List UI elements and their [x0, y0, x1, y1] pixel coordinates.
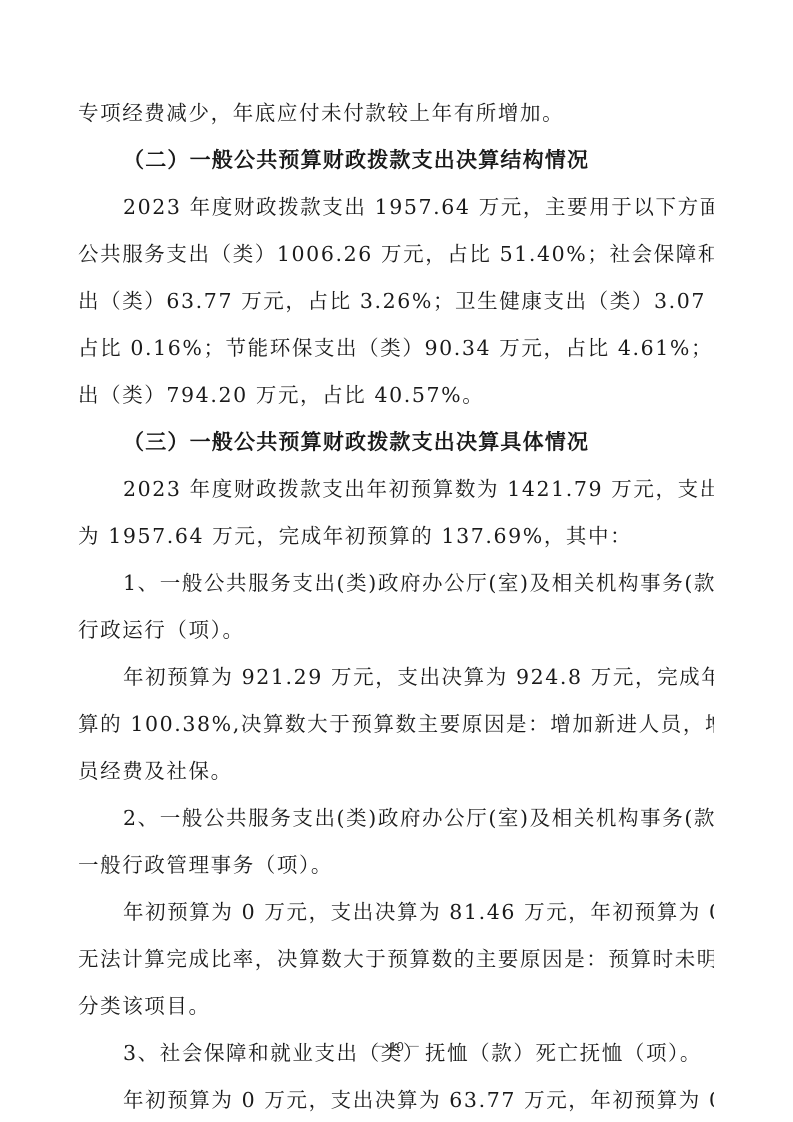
section-heading-2: （二）一般公共预算财政拨款支出决算结构情况 [78, 140, 714, 187]
item-2-detail-line: 年初预算为 0 万元，支出决算为 81.46 万元，年初预算为 0 万元， [78, 892, 714, 939]
item-3-detail-line: 年初预算为 0 万元，支出决算为 63.77 万元，年初预算为 0 万元， [78, 1080, 714, 1122]
page-number: － 10 － [0, 1036, 793, 1055]
item-1-detail-line: 算的 100.38%,决算数大于预算数主要原因是：增加新进人员，增加人 [78, 704, 714, 751]
item-1-title-line: 行政运行（项）。 [78, 610, 714, 657]
item-2-detail-line: 无法计算完成比率，决算数大于预算数的主要原因是：预算时未明细 [78, 939, 714, 986]
section-heading-3: （三）一般公共预算财政拨款支出决算具体情况 [78, 422, 714, 469]
item-2-title-line: 一般行政管理事务（项）。 [78, 845, 714, 892]
paragraph-line: 2023 年度财政拨款支出 1957.64 万元，主要用于以下方面：一般 [78, 187, 714, 234]
item-1-detail-line: 员经费及社保。 [78, 751, 714, 798]
paragraph-line-continuation: 专项经费减少，年底应付未付款较上年有所增加。 [78, 93, 714, 140]
paragraph-line: 公共服务支出（类）1006.26 万元，占比 51.40%；社会保障和就业支 [78, 234, 714, 281]
paragraph-line: 为 1957.64 万元，完成年初预算的 137.69%，其中： [78, 516, 714, 563]
item-1-detail-line: 年初预算为 921.29 万元，支出决算为 924.8 万元，完成年初预 [78, 657, 714, 704]
document-page-body: 专项经费减少，年底应付未付款较上年有所增加。 （二）一般公共预算财政拨款支出决算… [78, 93, 714, 1122]
paragraph-line: 占比 0.16%；节能环保支出（类）90.34 万元，占比 4.61%；农林水支 [78, 328, 714, 375]
paragraph-line: 出（类）63.77 万元，占比 3.26%；卫生健康支出（类）3.07 万元， [78, 281, 714, 328]
item-2-title-line: 2、一般公共服务支出(类)政府办公厅(室)及相关机构事务(款) [78, 798, 714, 845]
item-2-detail-line: 分类该项目。 [78, 986, 714, 1033]
paragraph-line: 2023 年度财政拨款支出年初预算数为 1421.79 万元，支出决算数 [78, 469, 714, 516]
item-1-title-line: 1、一般公共服务支出(类)政府办公厅(室)及相关机构事务(款) [78, 563, 714, 610]
paragraph-line: 出（类）794.20 万元，占比 40.57%。 [78, 375, 714, 422]
